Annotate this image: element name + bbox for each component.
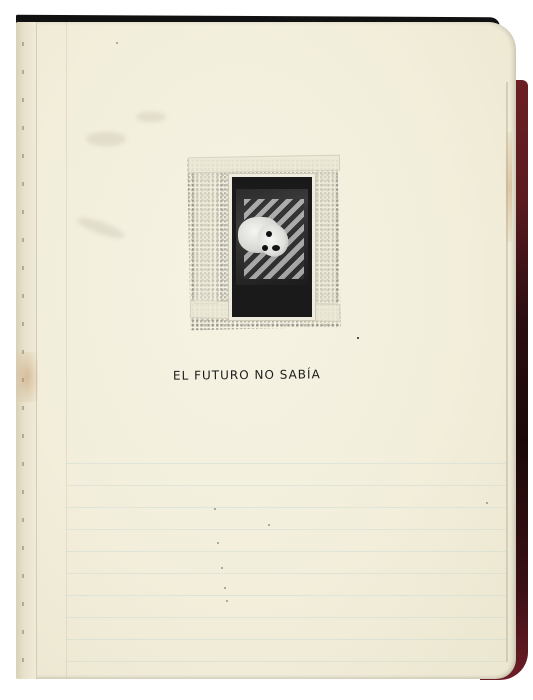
graphite-smudge — [136, 112, 166, 122]
dog-nose — [272, 245, 280, 251]
photo-image-area — [236, 189, 308, 285]
ink-dot — [357, 337, 359, 339]
paper-speck — [224, 587, 226, 589]
paper-speck — [116, 42, 118, 44]
handwritten-caption: EL FUTURO NO SABÍA — [173, 367, 321, 382]
paper-speck — [268, 524, 270, 526]
paper-speck — [221, 567, 223, 569]
tape-strip-top — [188, 155, 340, 174]
dog-photograph — [229, 174, 315, 320]
page-binding-strip — [16, 22, 37, 679]
paper-speck — [226, 600, 228, 602]
water-stain — [16, 352, 38, 402]
dog-eye — [266, 231, 272, 237]
paper-speck — [217, 542, 219, 544]
notebook-page: EL FUTURO NO SABÍA — [16, 22, 516, 679]
tape-strip-left — [194, 172, 218, 304]
paper-speck — [486, 502, 488, 504]
paper-speck — [214, 508, 216, 510]
photo-collage — [184, 152, 344, 334]
page-right-stain — [506, 132, 512, 242]
graphite-smudge — [86, 132, 126, 146]
dog-eye — [262, 245, 268, 251]
graphite-smudge — [75, 214, 126, 242]
faint-ruled-lines — [66, 442, 506, 662]
page-margin — [36, 22, 67, 679]
scanned-notebook-scene: EL FUTURO NO SABÍA — [0, 0, 533, 700]
tape-strip-right — [312, 172, 336, 304]
